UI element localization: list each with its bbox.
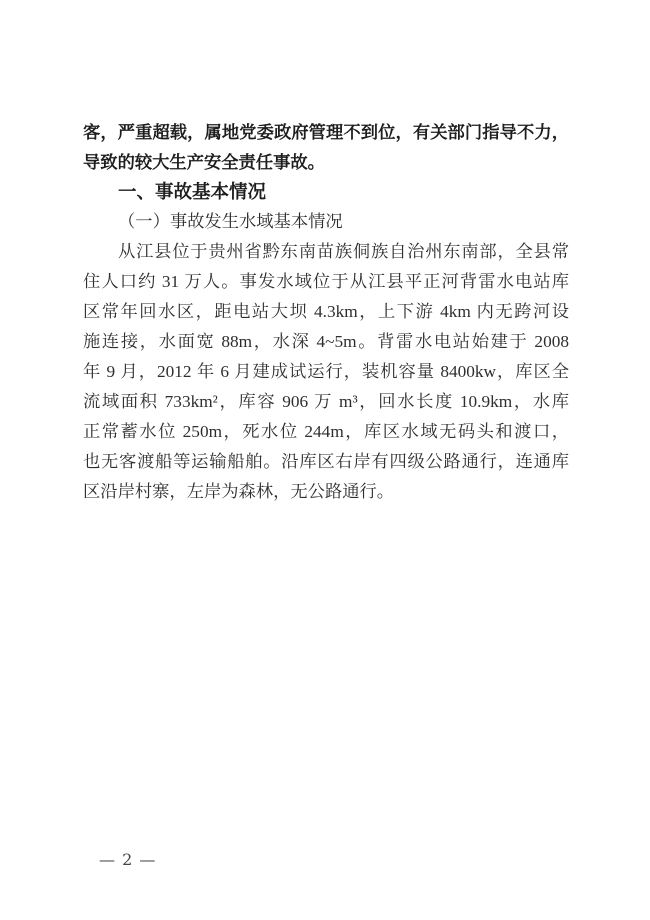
- page-number: — 2 —: [99, 849, 156, 871]
- carryover-paragraph-line-1: 客，严重超载，属地党委政府管理不到位，有关部门指导不力，: [83, 117, 569, 147]
- body-paragraph-line-3: 区常年回水区，距电站大坝 4.3km，上下游 4km 内无跨河设: [83, 297, 569, 327]
- section-heading-basic-situation: 一、事故基本情况: [83, 177, 569, 207]
- body-paragraph-line-9: 区沿岸村寨，左岸为森林，无公路通行。: [83, 477, 569, 507]
- subsection-heading-waters-basic-situation: （一）事故发生水域基本情况: [83, 207, 569, 237]
- document-body: 客，严重超载，属地党委政府管理不到位，有关部门指导不力， 导致的较大生产安全责任…: [83, 117, 569, 507]
- body-paragraph-line-8: 也无客渡船等运输船舶。沿库区右岸有四级公路通行，连通库: [83, 447, 569, 477]
- body-paragraph-line-5: 年 9 月，2012 年 6 月建成试运行，装机容量 8400kw，库区全: [83, 357, 569, 387]
- document-page: 客，严重超载，属地党委政府管理不到位，有关部门指导不力， 导致的较大生产安全责任…: [0, 0, 650, 920]
- carryover-paragraph-line-2: 导致的较大生产安全责任事故。: [83, 147, 569, 177]
- body-paragraph-line-2: 住人口约 31 万人。事发水域位于从江县平正河背雷水电站库: [83, 267, 569, 297]
- body-paragraph-line-6: 流域面积 733km²，库容 906 万 m³，回水长度 10.9km，水库: [83, 387, 569, 417]
- body-paragraph-line-1: 从江县位于贵州省黔东南苗族侗族自治州东南部，全县常: [83, 237, 569, 267]
- body-paragraph-line-7: 正常蓄水位 250m，死水位 244m，库区水域无码头和渡口，: [83, 417, 569, 447]
- body-paragraph-line-4: 施连接，水面宽 88m，水深 4~5m。背雷水电站始建于 2008: [83, 327, 569, 357]
